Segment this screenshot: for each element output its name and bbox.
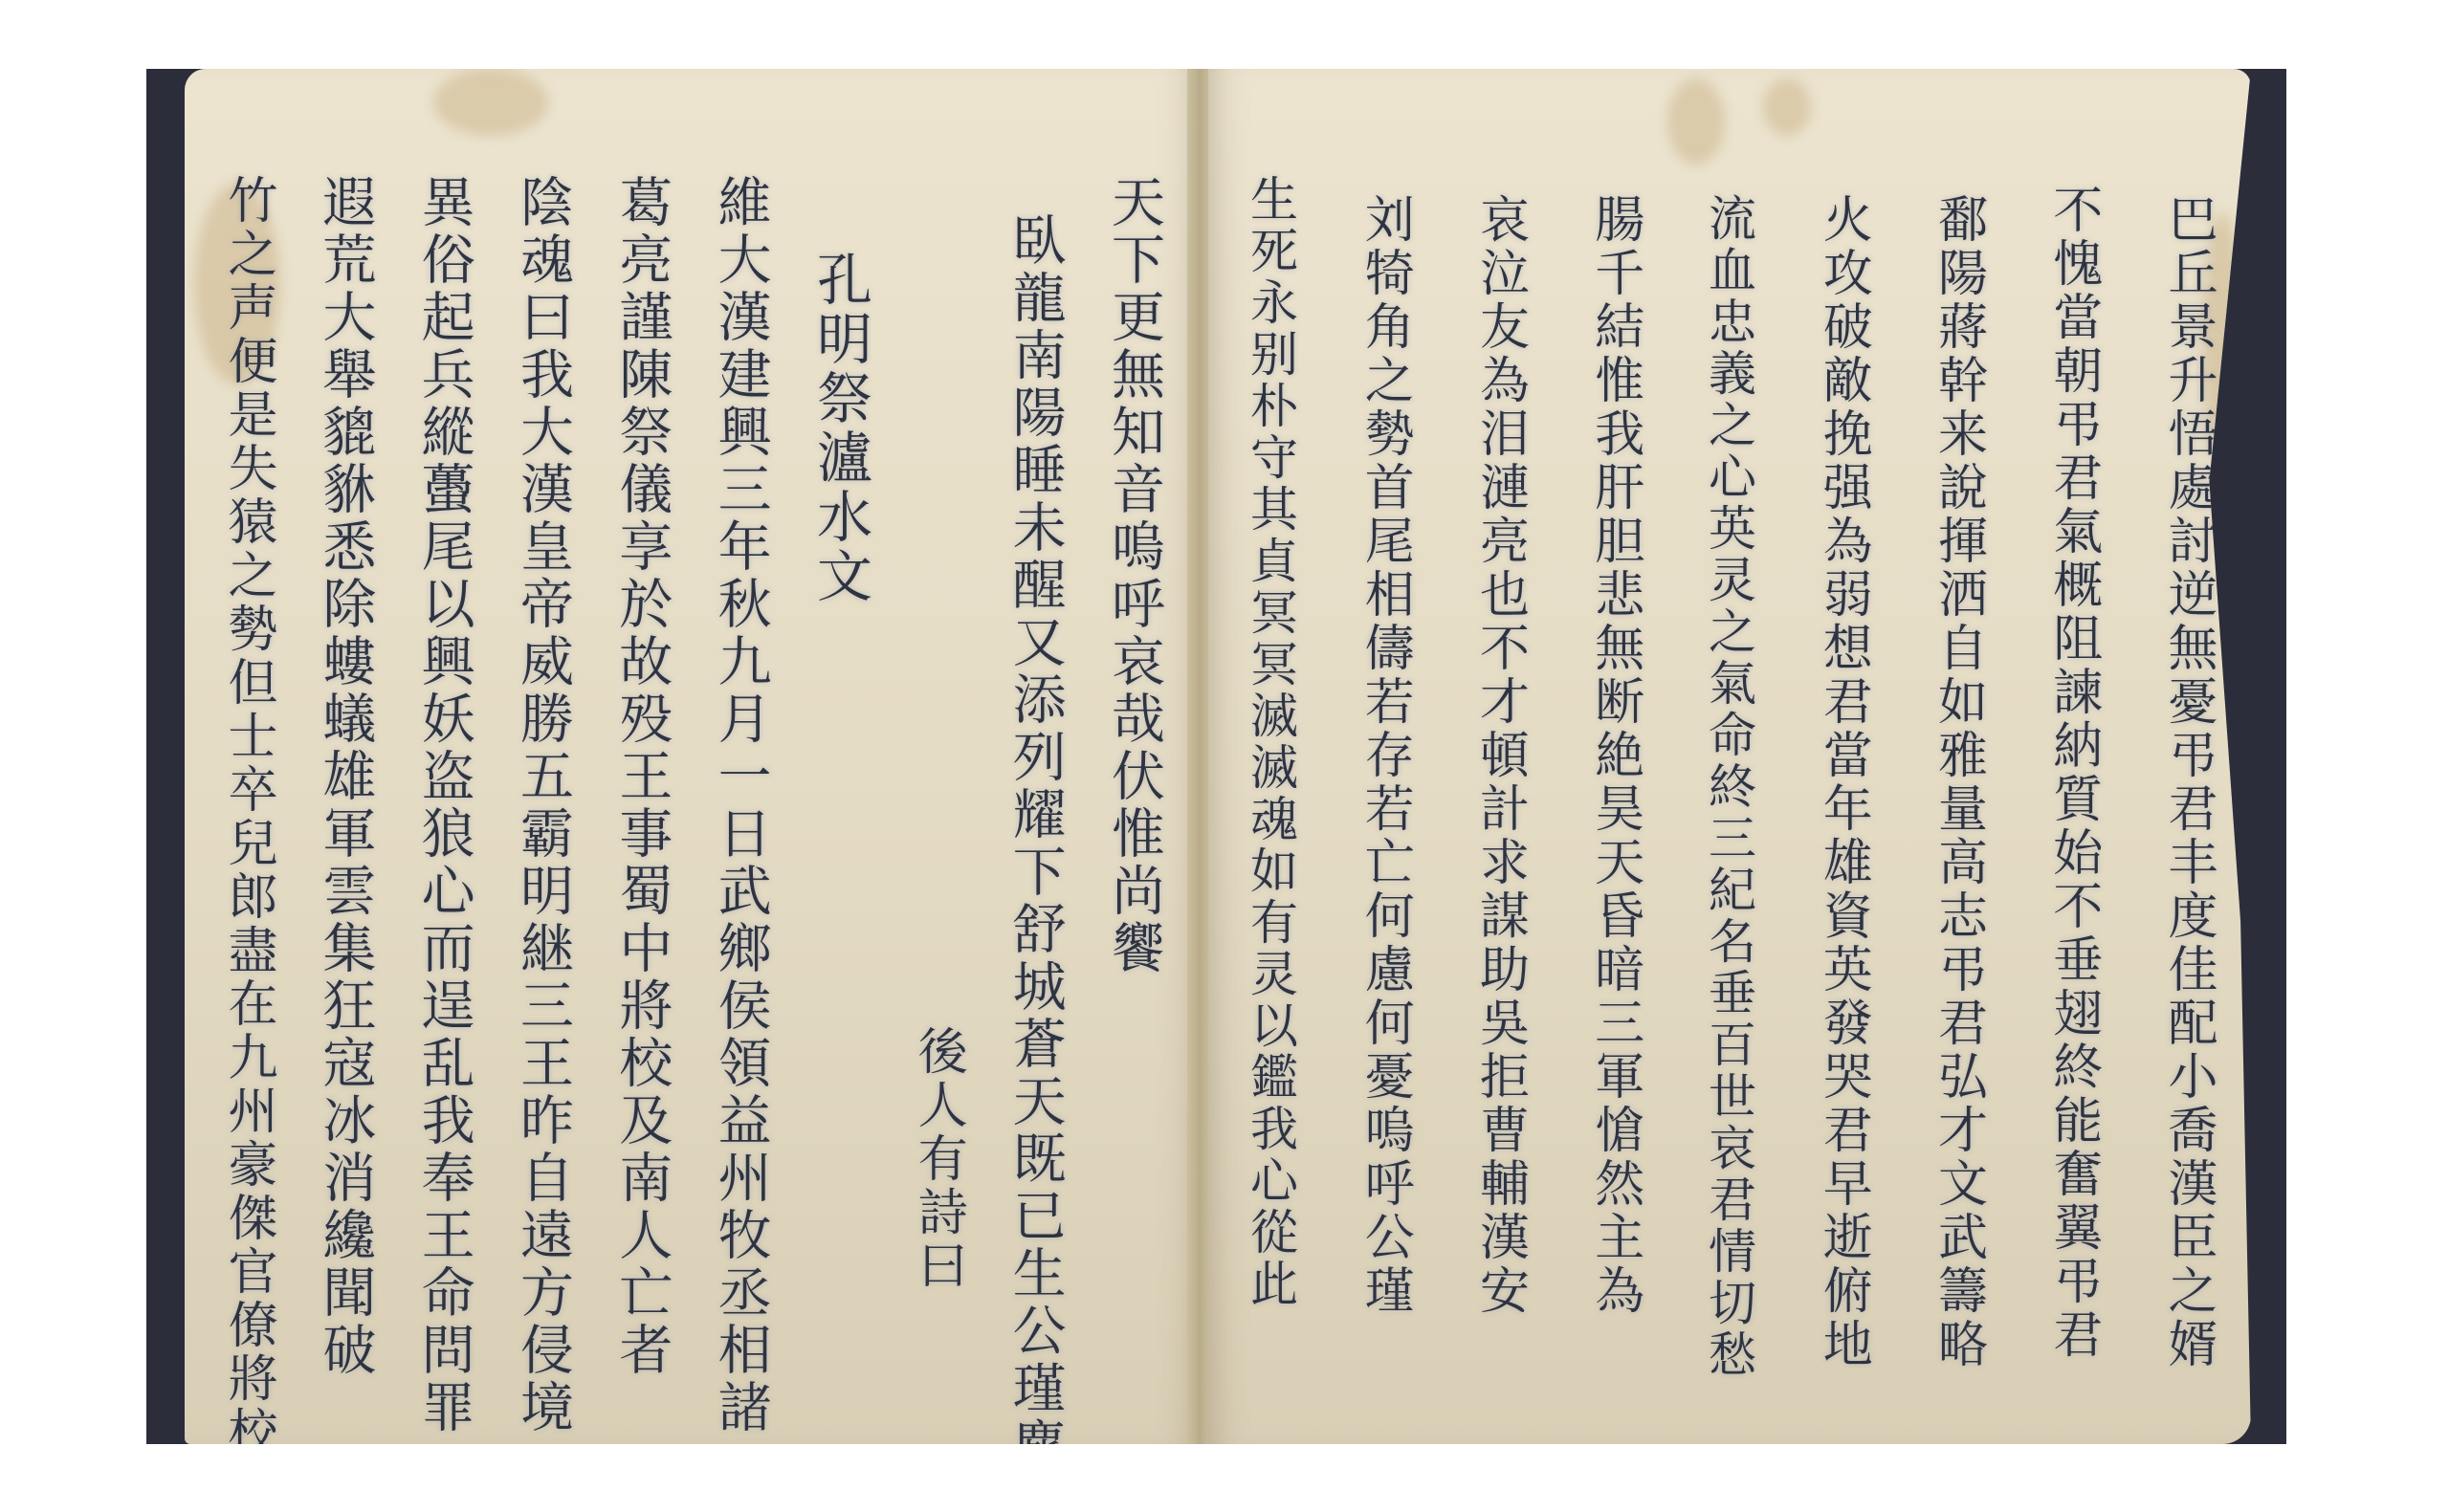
text-column: 竹之声便是失猿之勢但士卒兒郎盡在九州豪傑官僚將校 (223, 136, 273, 1387)
text-column: 天下更無知音嗚呼哀哉伏惟尚饗 (1107, 136, 1160, 1387)
left-page: 天下更無知音嗚呼哀哉伏惟尚饗 臥龍南陽睡未醒又添列耀下舒城蒼天既已生公瑾塵世何須… (185, 69, 1199, 1444)
manuscript-photo: 天下更無知音嗚呼哀哉伏惟尚饗 臥龍南陽睡未醒又添列耀下舒城蒼天既已生公瑾塵世何須… (146, 69, 2286, 1444)
left-page-text: 天下更無知音嗚呼哀哉伏惟尚饗 臥龍南陽睡未醒又添列耀下舒城蒼天既已生公瑾塵世何須… (223, 136, 1160, 1387)
text-column: 陰魂曰我大漢皇帝威勝五霸明継三王昨自遠方侵境 (516, 136, 569, 1387)
right-page: 巴丘景升悟處討逆無憂弔君丰度佳配小喬漢臣之婿 不愧當朝弔君氣概阻諫納質始不垂翅終… (1208, 69, 2251, 1444)
text-column: 維大漢建興三年秋九月一日武鄉侯領益州牧丞相諸 (714, 136, 767, 1387)
text-column: 葛亮謹陳祭儀享於故殁王事蜀中將校及南人亡者 (614, 136, 668, 1387)
water-stain (1763, 78, 1811, 136)
right-page-text: 巴丘景升悟處討逆無憂弔君丰度佳配小喬漢臣之婿 不愧當朝弔君氣概阻諫納質始不垂翅終… (1247, 136, 2213, 1387)
text-column: 生死永别朴守其貞冥冥滅滅魂如有灵以鑑我心從此 (1247, 136, 1294, 1387)
text-column: 臥龍南陽睡未醒又添列耀下舒城蒼天既已生公瑾塵世何須出孔明 (1008, 136, 1062, 1387)
text-column: 異俗起兵縱蠆尾以興妖盗狼心而逞乱我奉王命問罪 (417, 136, 471, 1387)
text-column: 鄱陽蔣幹来說揮洒自如雅量高志弔君弘才文武籌略 (1933, 136, 1983, 1387)
text-column: 腸千結惟我肝胆悲無断絶昊天昏暗三軍愴然主為 (1590, 136, 1640, 1387)
text-column: 流血忠義之心英灵之氣命終三紀名垂百世哀君情切愁 (1705, 136, 1753, 1387)
text-column: 不愧當朝弔君氣概阻諫納質始不垂翅終能奮翼弔君 (2048, 136, 2098, 1387)
text-column: 後人有詩曰 (913, 136, 962, 1387)
water-stain (433, 69, 548, 136)
text-column: 火攻破敵挽强為弱想君當年雄資英發哭君早逝俯地 (1818, 136, 1867, 1387)
section-title: 孔明祭瀘水文 (812, 136, 868, 1387)
text-column: 哀泣友為泪漣亮也不才頓計求謀助吳拒曹輔漢安 (1475, 136, 1525, 1387)
text-column: 巴丘景升悟處討逆無憂弔君丰度佳配小喬漢臣之婿 (2163, 136, 2213, 1387)
text-column: 遐荒大舉貔貅悉除螻蟻雄軍雲集狂寇冰消纔聞破 (318, 136, 371, 1387)
text-column: 刘犄角之勢首尾相儔若存若亡何慮何憂嗚呼公瑾 (1359, 136, 1409, 1387)
